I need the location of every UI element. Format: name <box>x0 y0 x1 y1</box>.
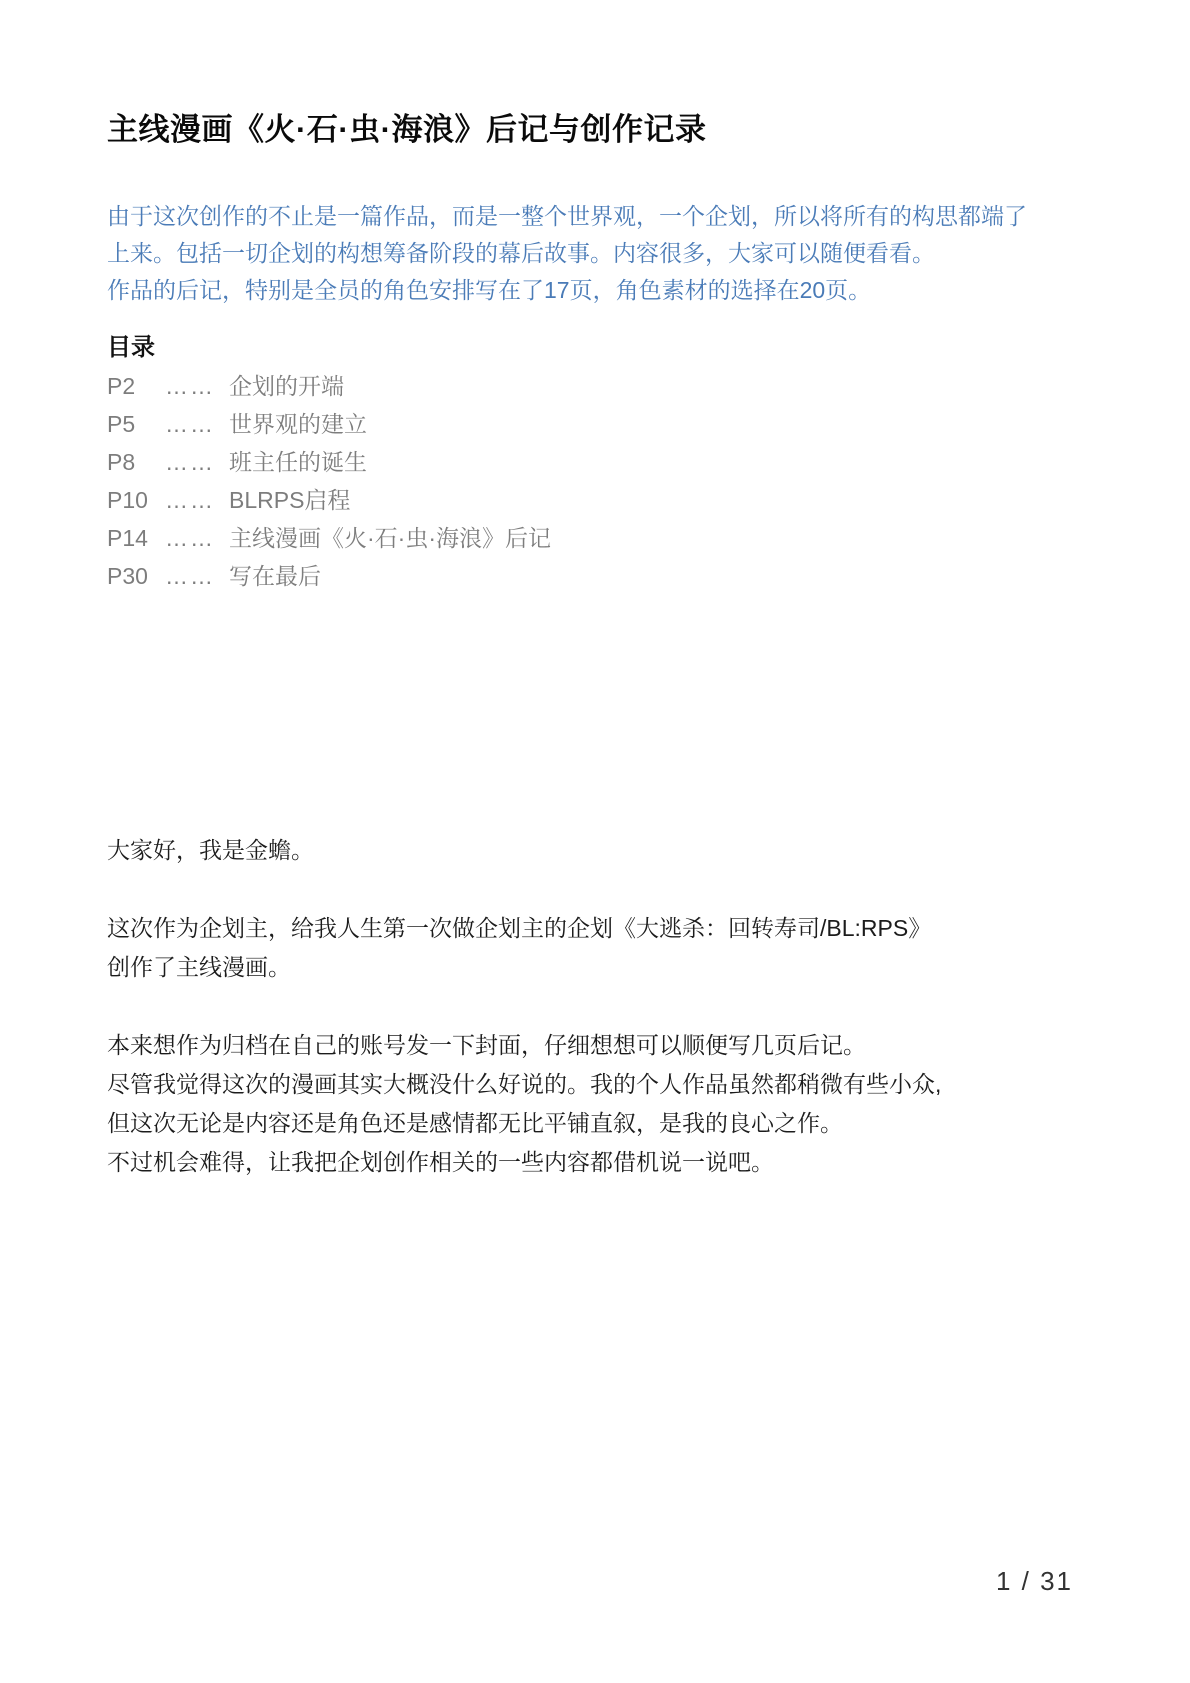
page-title: 主线漫画《火·石·虫·海浪》后记与创作记录 <box>107 104 706 149</box>
toc-entry: P8……班主任的诞生 <box>107 443 807 481</box>
body-line: 这次作为企划主，给我人生第一次做企划主的企划《大逃杀：回转寿司/BL:RPS》 <box>107 909 1073 948</box>
toc-leader-dots: …… <box>165 563 215 589</box>
toc-entry-title: 企划的开端 <box>229 373 344 399</box>
toc-leader-dots: …… <box>165 449 215 475</box>
toc-entry: P10……BLRPS启程 <box>107 481 807 519</box>
toc-leader-dots: …… <box>165 525 215 551</box>
toc-entry-title: 世界观的建立 <box>229 411 367 437</box>
body-line: 尽管我觉得这次的漫画其实大概没什么好说的。我的个人作品虽然都稍微有些小众, <box>107 1065 1073 1104</box>
toc-page-number: P30 <box>107 557 165 595</box>
toc-entry: P30……写在最后 <box>107 557 807 595</box>
toc-leader-dots: …… <box>165 411 215 437</box>
toc-entry-title: 主线漫画《火·石·虫·海浪》后记 <box>229 525 551 551</box>
body-text: 大家好，我是金蟾。 这次作为企划主，给我人生第一次做企划主的企划《大逃杀：回转寿… <box>107 792 1073 1205</box>
toc-entry: P5……世界观的建立 <box>107 405 807 443</box>
toc-page-number: P5 <box>107 405 165 443</box>
toc-page-number: P2 <box>107 367 165 405</box>
document-page: 主线漫画《火·石·虫·海浪》后记与创作记录 由于这次创作的不止是一篇作品，而是一… <box>0 0 1190 1683</box>
toc-page-number: P14 <box>107 519 165 557</box>
toc-entry: P2……企划的开端 <box>107 367 807 405</box>
toc-heading: 目录 <box>107 329 807 367</box>
intro-line: 上来。包括一切企划的构想筹备阶段的幕后故事。内容很多，大家可以随便看看。 <box>107 235 1073 272</box>
toc-entry-title: BLRPS启程 <box>229 487 350 513</box>
body-line: 创作了主线漫画。 <box>107 948 1073 987</box>
body-line: 本来想作为归档在自己的账号发一下封面，仔细想想可以顺便写几页后记。 <box>107 1026 1073 1065</box>
toc-leader-dots: …… <box>165 487 215 513</box>
toc-entry-title: 班主任的诞生 <box>229 449 367 475</box>
intro-line: 由于这次创作的不止是一篇作品，而是一整个世界观，一个企划，所以将所有的构思都端了 <box>107 198 1073 235</box>
body-line: 大家好，我是金蟾。 <box>107 831 1073 870</box>
toc-entry-title: 写在最后 <box>229 563 321 589</box>
table-of-contents: 目录 P2……企划的开端 P5……世界观的建立 P8……班主任的诞生 P10……… <box>107 329 807 595</box>
page-number: 1 / 31 <box>996 1566 1073 1597</box>
toc-page-number: P8 <box>107 443 165 481</box>
toc-page-number: P10 <box>107 481 165 519</box>
body-line: 不过机会难得，让我把企划创作相关的一些内容都借机说一说吧。 <box>107 1143 1073 1182</box>
toc-entry: P14……主线漫画《火·石·虫·海浪》后记 <box>107 519 807 557</box>
toc-leader-dots: …… <box>165 373 215 399</box>
body-line: 但这次无论是内容还是角色还是感情都无比平铺直叙，是我的良心之作。 <box>107 1104 1073 1143</box>
intro-paragraph: 由于这次创作的不止是一篇作品，而是一整个世界观，一个企划，所以将所有的构思都端了… <box>107 198 1073 309</box>
intro-line: 作品的后记，特别是全员的角色安排写在了17页，角色素材的选择在20页。 <box>107 272 1073 309</box>
